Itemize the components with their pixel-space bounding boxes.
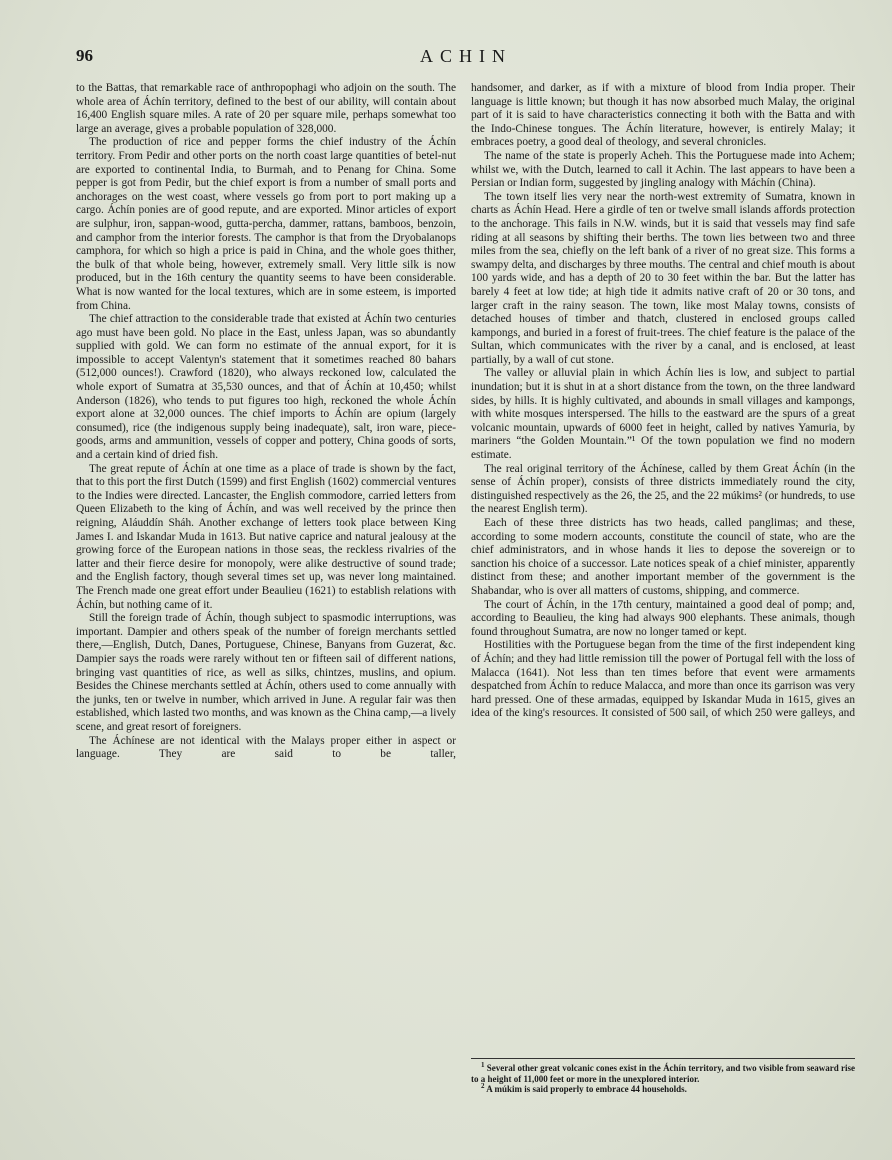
- paragraph: The great repute of Áchín at one time as…: [76, 463, 456, 613]
- book-page: 96 ACHIN to the Battas, that remarkable …: [0, 0, 892, 1160]
- paragraph: The chief attraction to the considerable…: [76, 313, 456, 463]
- footnote-marker: 1: [481, 1061, 485, 1069]
- footnotes: 1 Several other great volcanic cones exi…: [471, 1058, 855, 1095]
- running-title: ACHIN: [76, 46, 856, 67]
- paragraph: handsomer, and darker, as if with a mixt…: [471, 82, 855, 150]
- paragraph: The valley or alluvial plain in which Ác…: [471, 367, 855, 462]
- paragraph: The name of the state is properly Acheh.…: [471, 150, 855, 191]
- footnote-marker: 2: [481, 1082, 485, 1090]
- paragraph: The town itself lies very near the north…: [471, 191, 855, 368]
- left-column: to the Battas, that remarkable race of a…: [76, 82, 456, 762]
- paragraph: Still the foreign trade of Áchín, though…: [76, 612, 456, 734]
- footnote-text: A múkim is said properly to embrace 44 h…: [486, 1084, 687, 1094]
- paragraph: The court of Áchín, in the 17th century,…: [471, 599, 855, 640]
- paragraph: The Áchínese are not identical with the …: [76, 735, 456, 762]
- paragraph: Each of these three districts has two he…: [471, 517, 855, 599]
- paragraph: to the Battas, that remarkable race of a…: [76, 82, 456, 136]
- paragraph: The production of rice and pepper forms …: [76, 136, 456, 313]
- paragraph: Hostilities with the Portuguese began fr…: [471, 639, 855, 721]
- paragraph: The real original territory of the Áchín…: [471, 463, 855, 517]
- footnote-1: 1 Several other great volcanic cones exi…: [471, 1063, 855, 1084]
- footnote-text: Several other great volcanic cones exist…: [471, 1063, 855, 1084]
- right-column: handsomer, and darker, as if with a mixt…: [471, 82, 855, 721]
- footnote-2: 2 A múkim is said properly to embrace 44…: [471, 1084, 855, 1095]
- running-head: 96 ACHIN: [76, 46, 856, 70]
